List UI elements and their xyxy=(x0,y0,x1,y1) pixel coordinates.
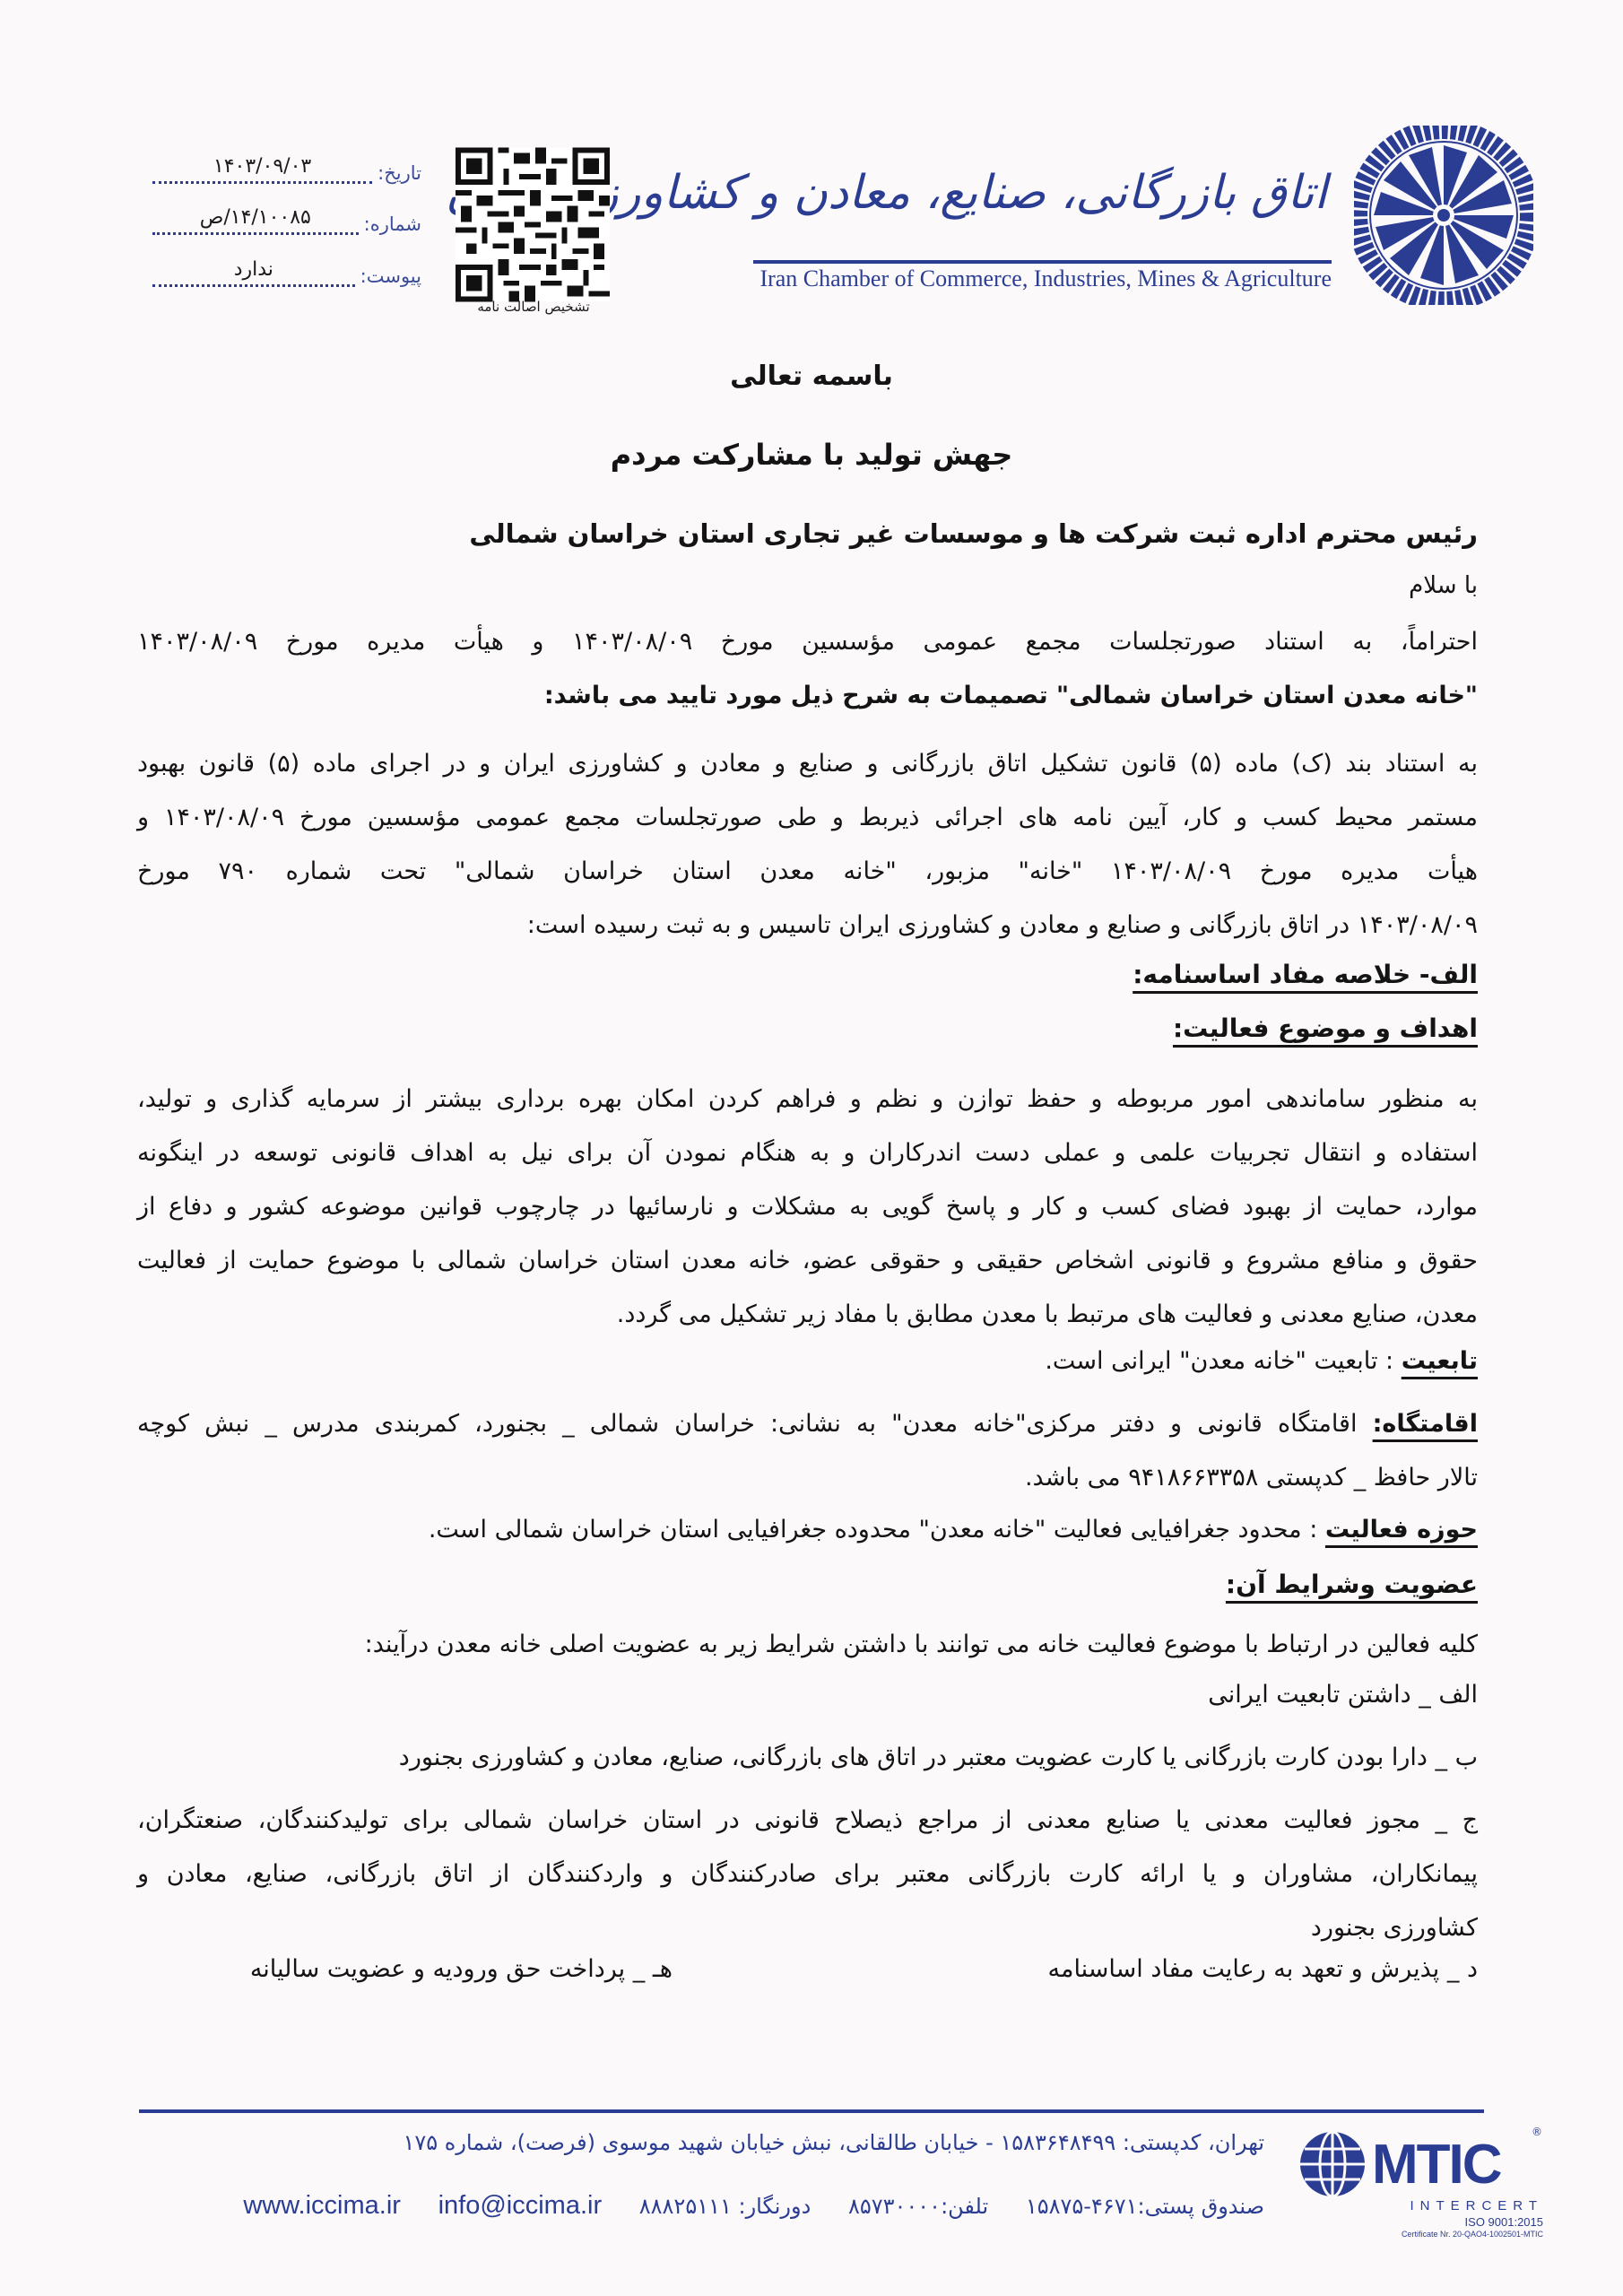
number-field: ۱۴/۱۰۰۸۵/ص xyxy=(152,204,359,235)
goals-heading-text: اهداف و موضوع فعالیت: xyxy=(1173,1013,1478,1043)
date-label: تاریخ: xyxy=(378,162,421,184)
website-link[interactable]: www.iccima.ir xyxy=(243,2191,401,2220)
nationality-label: تابعیت xyxy=(1402,1347,1478,1375)
org-name-fa: اتاق بازرگانی، صنایع، معادن و کشاورزی ای… xyxy=(681,166,1327,220)
scope-clause: حوزه فعالیت : محدود جغرافیایی فعالیت "خا… xyxy=(429,1516,1478,1544)
meta-date: تاریخ: ۱۴۰۳/۰۹/۰۳ xyxy=(152,148,421,184)
email-link[interactable]: info@iccima.ir xyxy=(438,2191,603,2220)
goals-line: استفاده و انتقال تجربیات علمی و عملی دست… xyxy=(137,1126,1478,1180)
section-a-heading: الف- خلاصه مفاد اساسنامه: xyxy=(1133,960,1478,989)
condition-he: هـ _ پرداخت حق ورودیه و عضویت سالیانه xyxy=(250,1955,673,1983)
po-box: صندوق پستی:۴۶۷۱-۱۵۸۷۵ xyxy=(1026,2194,1264,2219)
phone: تلفن:۸۵۷۳۰۰۰۰ xyxy=(848,2194,988,2219)
condition-jim-line: کشاورزی بجنورد xyxy=(137,1901,1478,1955)
scope-text: : محدود جغرافیایی فعالیت "خانه معدن" محد… xyxy=(429,1516,1325,1544)
meta-attachment: پیوست: ندارد xyxy=(152,251,421,287)
condition-dal: د _ پذیرش و تعهد به رعایت مفاد اساسنامه xyxy=(1048,1955,1479,1983)
membership-intro: کلیه فعالین در ارتباط با موضوع فعالیت خا… xyxy=(365,1631,1478,1658)
basis-line: ۱۴۰۳/۰۸/۰۹ در اتاق بازرگانی و صنایع و مع… xyxy=(137,899,1478,952)
org-name-en: Iran Chamber of Commerce, Industries, Mi… xyxy=(753,265,1332,292)
intro-line: "خانه معدن استان خراسان شمالی" تصمیمات ب… xyxy=(137,669,1478,723)
attachment-label: پیوست: xyxy=(360,265,421,287)
date-value: ۱۴۰۳/۰۹/۰۳ xyxy=(152,155,372,178)
condition-be: ب _ دارا بودن کارت بازرگانی یا کارت عضوی… xyxy=(399,1744,1478,1771)
globe-icon xyxy=(1296,2129,1369,2199)
scope-label: حوزه فعالیت xyxy=(1325,1516,1478,1544)
domicile-line-1: اقامتگاه: اقامتگاه قانونی و دفتر مرکزی"خ… xyxy=(137,1397,1478,1451)
goals-line: به منظور ساماندهی امور مربوطه و حفظ تواز… xyxy=(137,1073,1478,1126)
condition-jim-line: ج _ مجوز فعالیت معدنی یا صنایع معدنی از … xyxy=(137,1794,1478,1848)
condition-jim: ج _ مجوز فعالیت معدنی یا صنایع معدنی از … xyxy=(137,1794,1478,1955)
number-value: ۱۴/۱۰۰۸۵/ص xyxy=(152,206,359,229)
slogan-heading: جهش تولید با مشارکت مردم xyxy=(0,438,1623,472)
footer-address: تهران، کدپستی: ۱۵۸۳۶۴۸۴۹۹ - خیابان طالقا… xyxy=(161,2130,1264,2155)
goals-paragraph: به منظور ساماندهی امور مربوطه و حفظ تواز… xyxy=(137,1073,1478,1342)
meta-number: شماره: ۱۴/۱۰۰۸۵/ص xyxy=(152,199,421,235)
attachment-field: ندارد xyxy=(152,256,355,287)
footer-contact: صندوق پستی:۴۶۷۱-۱۵۸۷۵ تلفن:۸۵۷۳۰۰۰۰ دورن… xyxy=(139,2191,1264,2221)
goals-line: معدن، صنایع معدنی و فعالیت های مرتبط با … xyxy=(137,1288,1478,1342)
footer-rule xyxy=(139,2109,1484,2113)
date-field: ۱۴۰۳/۰۹/۰۳ xyxy=(152,152,372,184)
intro-paragraph: احتراماً، به استناد صورتجلسات مجمع عمومی… xyxy=(137,615,1478,723)
goals-line: موارد، حمایت از بهبود فضای کسب و کار و پ… xyxy=(137,1180,1478,1234)
domicile-line-2: تالار حافظ _ کدپستی ۹۴۱۸۶۶۳۳۵۸ می باشد. xyxy=(137,1451,1478,1505)
goals-heading: اهداف و موضوع فعالیت: xyxy=(1173,1013,1478,1043)
fax: دورنگار: ۸۸۸۲۵۱۱۱ xyxy=(639,2194,811,2219)
iccima-emblem-icon xyxy=(1354,126,1533,305)
condition-jim-line: پیمانکاران، مشاوران و یا ارائه کارت بازر… xyxy=(137,1848,1478,1901)
mtic-brand: MTIC xyxy=(1372,2133,1501,2196)
header-rule xyxy=(753,260,1332,264)
bismillah-heading: باسمه تعالی xyxy=(0,361,1623,392)
number-label: شماره: xyxy=(364,213,421,235)
goals-line: حقوق و منافع مشروع و قانونی اشخاص حقیقی … xyxy=(137,1234,1478,1288)
membership-heading: عضویت وشرایط آن: xyxy=(1226,1570,1478,1599)
qr-caption: تشخیص اصالت نامه xyxy=(448,299,619,315)
nationality-clause: تابعیت : تابعیت "خانه معدن" ایرانی است. xyxy=(1045,1347,1478,1375)
addressee: رئیس محترم اداره ثبت شرکت ها و موسسات غی… xyxy=(469,518,1478,549)
intercert-label: INTERCERT xyxy=(1410,2198,1543,2213)
basis-line: مستمر محیط کسب و کار، آیین نامه های اجرا… xyxy=(137,791,1478,845)
domicile-label: اقامتگاه: xyxy=(1373,1410,1478,1438)
basis-line: به استناد بند (ک) ماده (۵) قانون تشکیل ا… xyxy=(137,737,1478,791)
attachment-value: ندارد xyxy=(152,258,355,281)
membership-heading-text: عضویت وشرایط آن: xyxy=(1226,1570,1478,1599)
mtic-cert-logo: MTIC ® INTERCERT ISO 9001:2015 Certifica… xyxy=(1296,2126,1547,2233)
registered-mark: ® xyxy=(1532,2126,1542,2138)
qr-code-icon[interactable] xyxy=(456,146,610,303)
nationality-text: : تابعیت "خانه معدن" ایرانی است. xyxy=(1045,1347,1401,1375)
certificate-number: Certificate Nr. 20-QAO4-1002501-MTIC xyxy=(1402,2230,1543,2239)
domicile-clause: اقامتگاه: اقامتگاه قانونی و دفتر مرکزی"خ… xyxy=(137,1397,1478,1505)
iso-label: ISO 9001:2015 xyxy=(1465,2215,1543,2229)
section-a-heading-text: الف- خلاصه مفاد اساسنامه: xyxy=(1133,960,1478,989)
basis-line: هیأت مدیره مورخ ۱۴۰۳/۰۸/۰۹ "خانه" مزبور،… xyxy=(137,845,1478,899)
intro-line: احتراماً، به استناد صورتجلسات مجمع عمومی… xyxy=(137,615,1478,669)
condition-alef: الف _ داشتن تابعیت ایرانی xyxy=(1208,1681,1478,1709)
greeting: با سلام xyxy=(1409,572,1478,599)
domicile-text: اقامتگاه قانونی و دفتر مرکزی"خانه معدن" … xyxy=(137,1410,1373,1438)
basis-paragraph: به استناد بند (ک) ماده (۵) قانون تشکیل ا… xyxy=(137,737,1478,952)
